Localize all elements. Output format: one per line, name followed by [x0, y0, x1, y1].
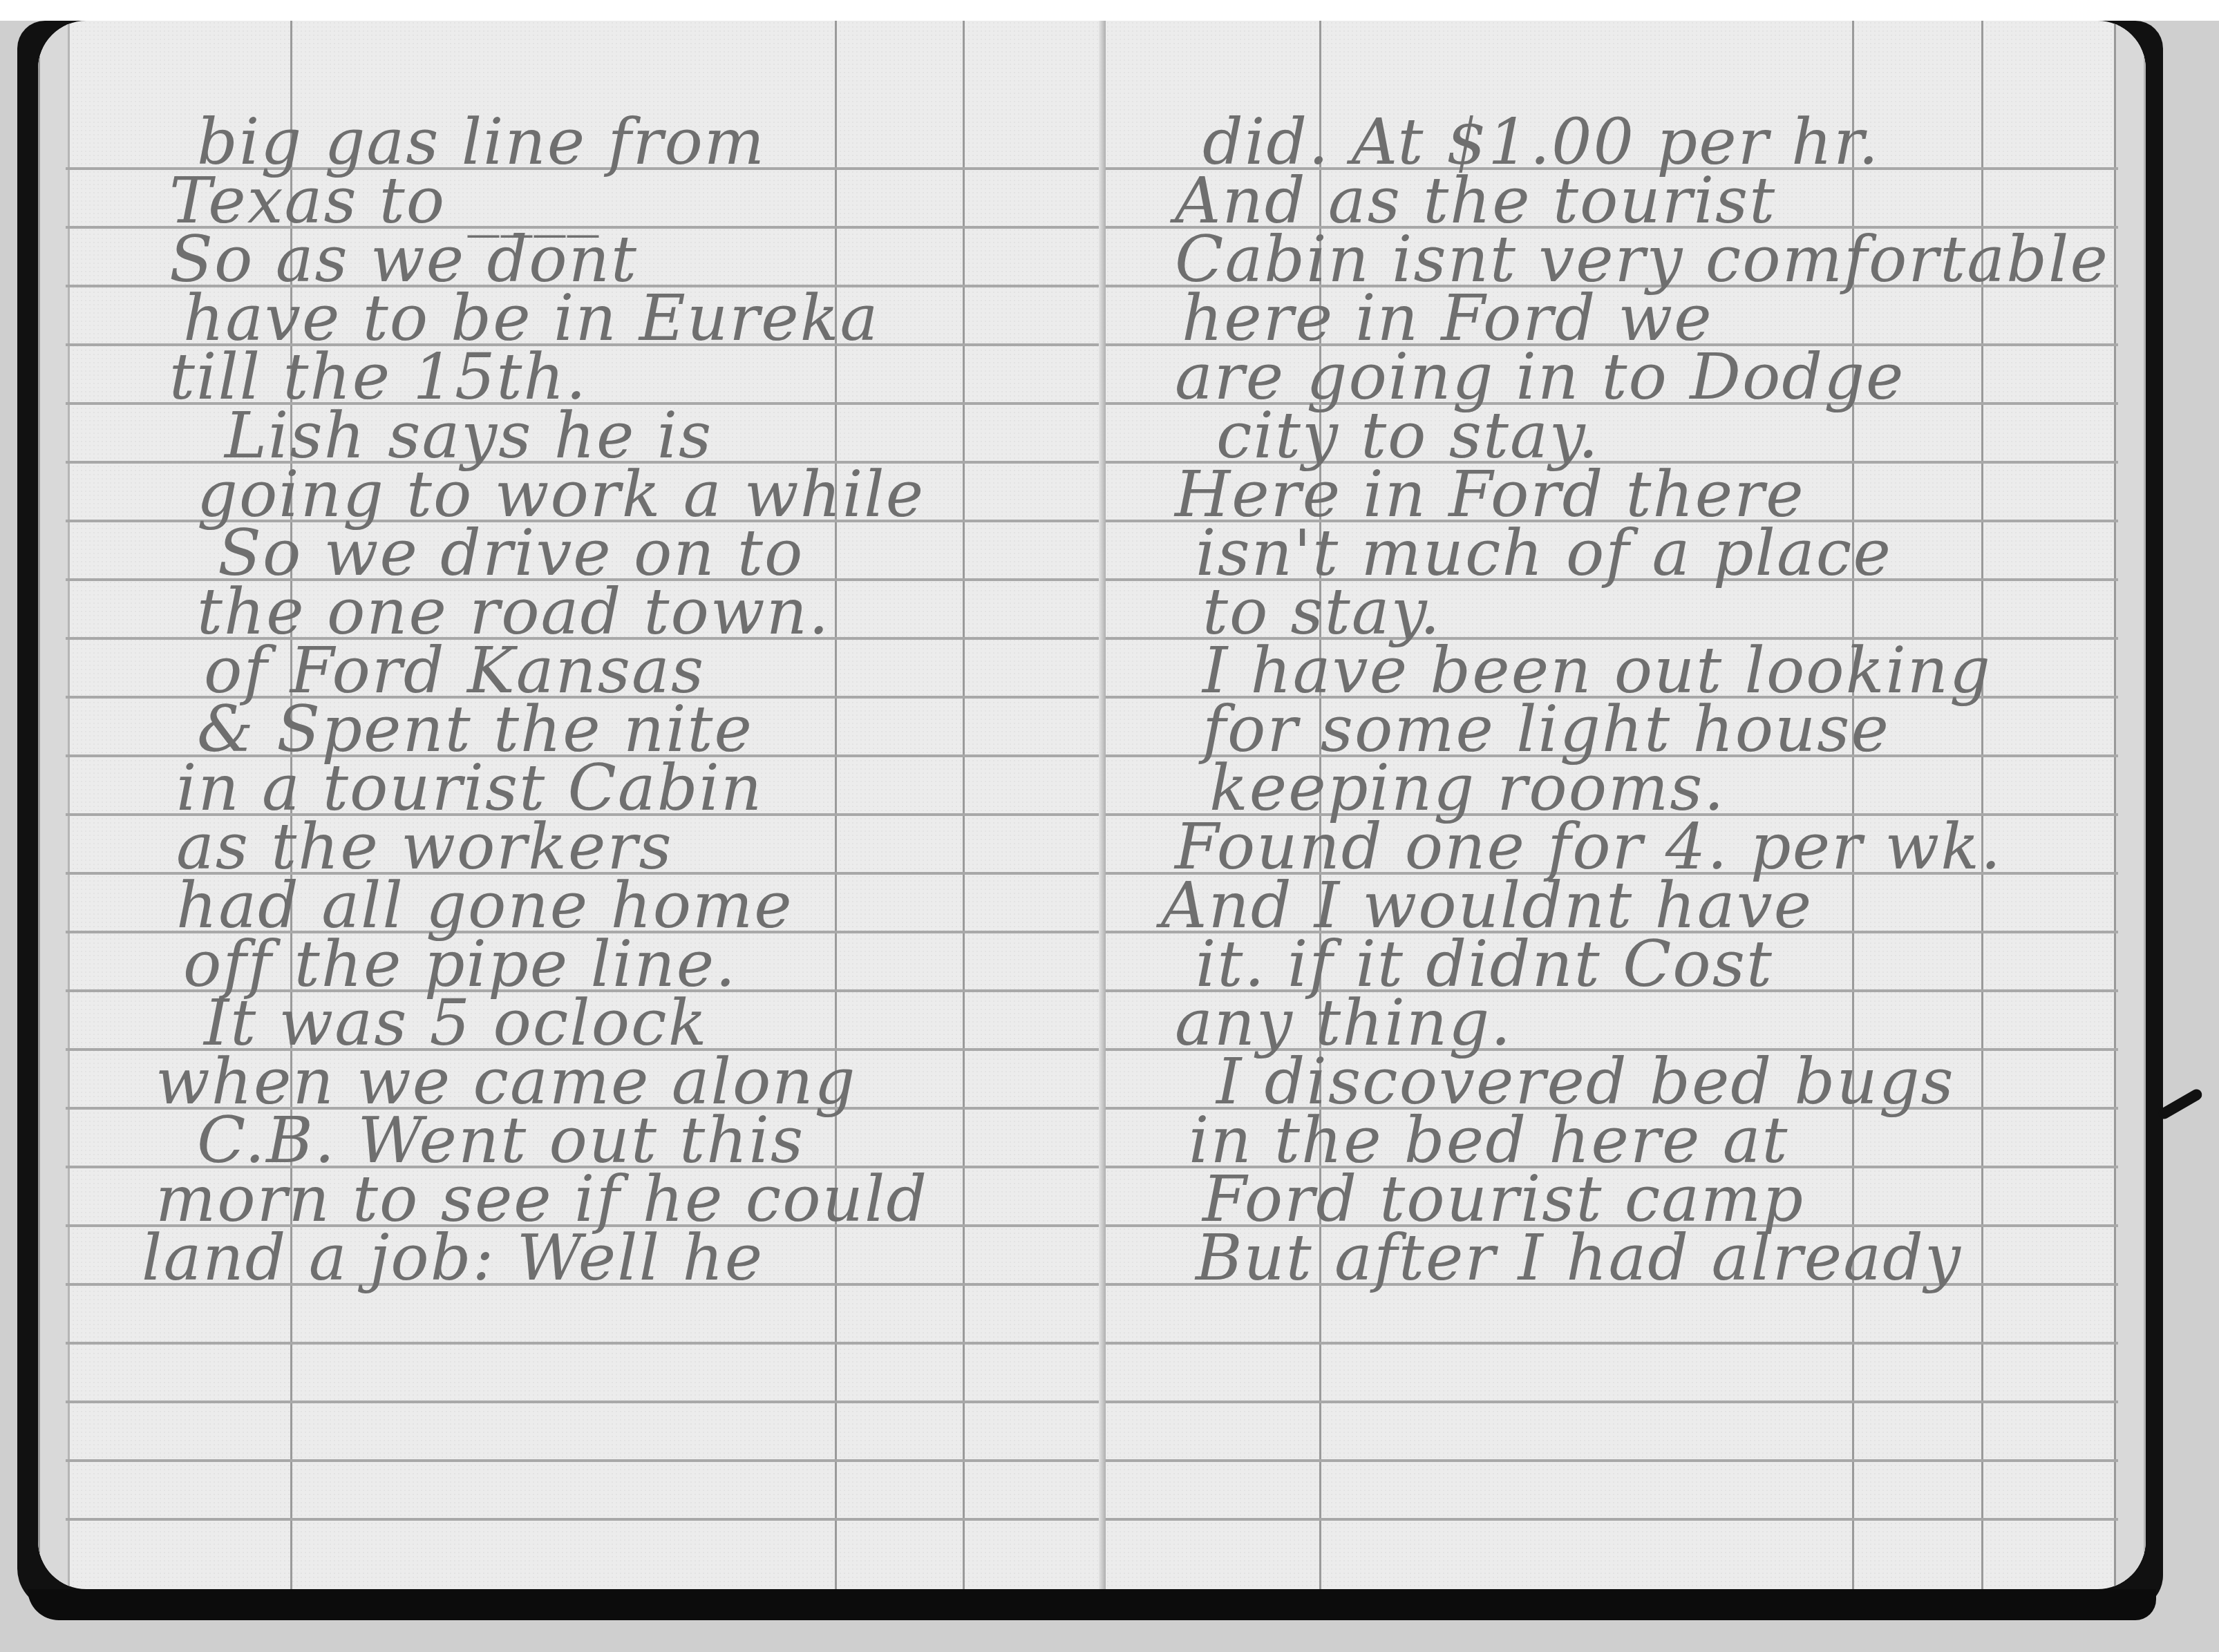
- ruled-line: [66, 1342, 1106, 1345]
- handwritten-line: But after I had already: [1196, 1226, 1962, 1290]
- ruled-line: [66, 1401, 1106, 1403]
- ruled-line: [1106, 1401, 2118, 1403]
- bookmark-ribbon: [2157, 1088, 2204, 1121]
- right-page-edge: [2114, 21, 2146, 1589]
- ruled-line: [1106, 1342, 2118, 1345]
- cover-bottom-edge: [28, 1589, 2156, 1620]
- left-page: big gas line from Texas to ____ So as we…: [38, 21, 1106, 1589]
- column-rule: [963, 21, 965, 1589]
- handwritten-line: land a job: Well he: [142, 1226, 764, 1290]
- column-rule: [835, 21, 837, 1589]
- left-page-edge: [38, 21, 70, 1589]
- ruled-line: [1106, 1518, 2118, 1521]
- scan-margin: [0, 0, 2219, 21]
- ruled-line: [1106, 1459, 2118, 1462]
- ruled-line: [66, 1518, 1106, 1521]
- right-page: did. At $1.00 per hr. And as the tourist…: [1106, 21, 2146, 1589]
- ruled-line: [66, 1459, 1106, 1462]
